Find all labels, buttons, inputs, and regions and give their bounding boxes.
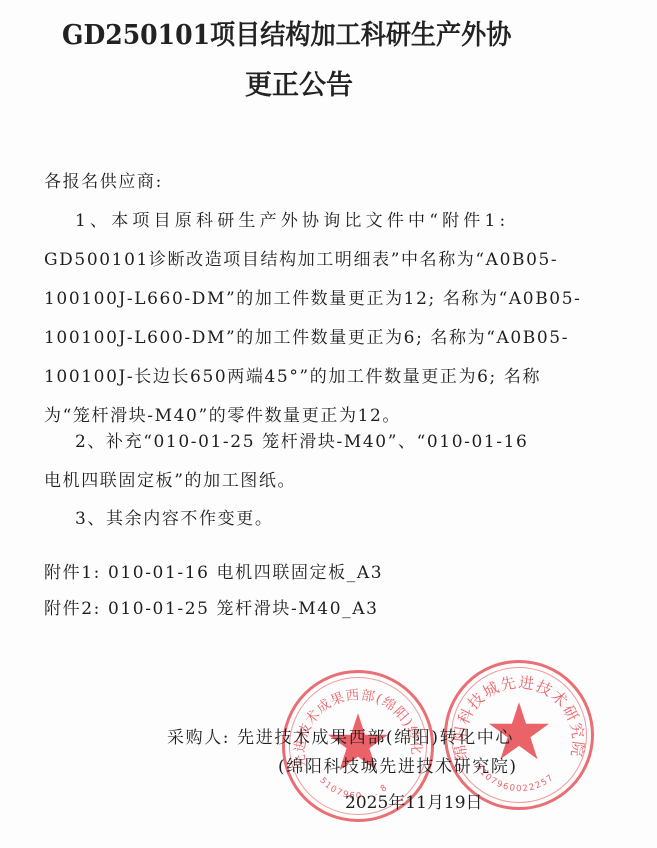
paragraph-1-line-3: 100100J-L660-DM”的加工件数量更正为12; 名称为“A0B05- <box>44 287 581 311</box>
document-title: GD250101项目结构加工科研生产外协 <box>62 16 511 56</box>
paragraph-3-line-1: 3、其余内容不作变更。 <box>75 507 273 531</box>
paragraph-1-line-2: GD500101诊断改造项目结构加工明细表”中名称为“A0B05- <box>44 248 558 272</box>
attachment-1[interactable]: 附件1: 010-01-16 电机四联固定板_A3 <box>44 561 383 585</box>
paragraph-2-line-2: 电机四联固定板”的加工图纸。 <box>44 469 296 493</box>
paragraph-1-line-1: 1、本项目原科研生产外协询比文件中“附件1: <box>75 209 509 233</box>
paragraph-1-line-5: 100100J-长边长650两端45°”的加工件数量更正为6; 名称 <box>44 365 541 389</box>
svg-text:绵阳科技城先进技术研究院: 绵阳科技城先进技术研究院 <box>451 673 588 761</box>
paragraph-1-line-6: 为“笼杆滑块-M40”的零件数量更正为12。 <box>44 404 401 428</box>
salutation: 各报名供应商: <box>44 170 163 194</box>
purchaser-line: 采购人: 先进技术成果西部(绵阳)转化中心 <box>167 723 514 748</box>
document-page: GD250101项目结构加工科研生产外协 更正公告 各报名供应商: 1、本项目原… <box>0 0 657 848</box>
paragraph-1-line-4: 100100J-L600-DM”的加工件数量更正为6; 名称为“A0B05- <box>44 326 569 350</box>
announcement-date: 2025年11月19日 <box>345 788 483 813</box>
attachment-2[interactable]: 附件2: 010-01-25 笼杆滑块-M40_A3 <box>44 597 379 621</box>
paragraph-2-line-1: 2、补充“010-01-25 笼杆滑块-M40”、“010-01-16 <box>75 430 528 454</box>
document-subtitle: 更正公告 <box>245 66 353 106</box>
purchaser-org-line: (绵阳科技城先进技术研究院) <box>278 752 518 777</box>
